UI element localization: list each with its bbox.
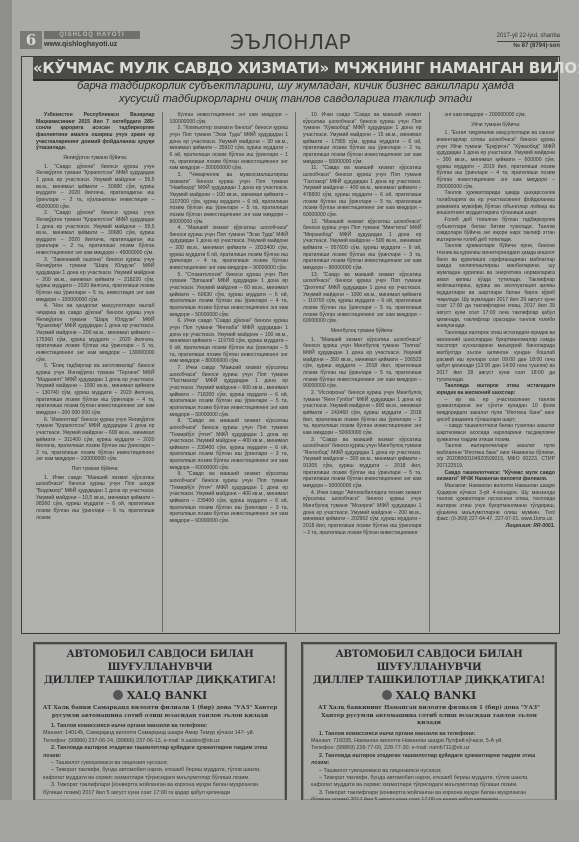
ad-title-line-1: АВТОМОБИЛ САВДОСИ БИЛАН ШУҒУЛЛАНУВЧИ (35, 648, 285, 674)
main-ad-columns: Ўзбекистон Республикаси Вазирлар Маҳкама… (33, 112, 558, 632)
column-divider (295, 112, 296, 632)
district-heading: Янгиқўрғон тумани бўйича: (36, 155, 155, 162)
ad-paragraph: – Тижорат таклифи, бунда автомобил нархи… (311, 775, 547, 790)
main-ad-banner: «КЎЧМАС МУЛК САВДО ХИЗМАТИ» МЧЖНИНГ НАМА… (33, 57, 558, 81)
listing-paragraph: 2. "Савдо дўкони" биноси қуриш учун Янги… (36, 210, 155, 257)
listing-paragraph: 10. Ички савдо "Савдо ва маиший хизмат к… (303, 112, 422, 165)
bank-name: XALQ BANKI (127, 689, 207, 702)
bank-brand: XALQ BANKI (35, 689, 285, 702)
text-column-3: 10. Ички савдо "Савдо ва маиший хизмат к… (300, 112, 425, 632)
listing-paragraph: 5. "Ёпиқ тадбирлар ва заготовкалар" бино… (36, 363, 155, 416)
ad-paragraph: Телефон: (99869) 228-77-00, 228-77-30. e… (311, 745, 547, 752)
listing-paragraph: 1. "Савдо дўкони" биноси қуриш учун Янги… (36, 164, 155, 211)
listing-paragraph: 11. "Савдо ва маиший хизмат кўрсатиш шох… (303, 165, 422, 218)
listing-paragraph: 7. Ички савдо "Маиший хизмат кўрсатиш шо… (170, 365, 289, 418)
bank-name: XALQ BANKI (396, 689, 476, 702)
ad-title-line-1: АВТОМОБИЛ САВДОСИ БИЛАН ШУҒУЛЛАНУВЧИ (303, 648, 555, 674)
license-number: Лицензия: RR-0001. (437, 523, 556, 530)
ad-paragraph: 3. Тижорат таклифлари (конвертга жойланг… (43, 782, 277, 797)
page-number: 6 (20, 31, 42, 49)
listing-paragraph: 13. "Савдо ва маиший хизмат кўрсатиш шох… (303, 272, 422, 325)
ad-section-heading: 2. Танловда иштирок этадиган ташкилотлар… (311, 753, 547, 768)
listing-paragraph: Ғолиб деб топилган бўлган тадбиркорлик с… (437, 217, 556, 244)
issue-date: 2017-yil 22-iyul, shanba (497, 32, 560, 41)
column-divider (429, 112, 430, 632)
ad-body: 1. Танлов комиссияси ишчи органи манзили… (35, 723, 285, 797)
ad-paragraph: Манзил: 716035, Наманган вилояти Наманга… (311, 738, 547, 745)
column-divider (162, 112, 163, 632)
newspaper-logo: QISHLOQ HAYOTI (44, 31, 140, 39)
listing-paragraph: Савдо ташкилотчиси: "Кўчмас мулк савдо х… (437, 470, 556, 483)
district-heading: Поп тумани бўйича: (36, 466, 155, 473)
listing-paragraph: энг кам миқдори – 200000000 сўм. (437, 112, 556, 119)
district-heading: Уйчи тумани бўйича: (437, 122, 556, 129)
listing-paragraph: 1. Ички савдо "Маиший хизмат кўрсатиш шо… (36, 475, 155, 522)
listing-paragraph: 1. "Маиший хизмат кўрсатиш шохобчаси" би… (303, 337, 422, 390)
listing-paragraph: Ўзбекистон Республикаси Вазирлар Маҳкама… (36, 112, 155, 152)
listing-paragraph: Танловда иштирок этиш истагидаги юридик … (437, 330, 556, 383)
listing-paragraph: – ер ва ер участкасининг танлов ҳужжатла… (437, 397, 556, 424)
text-column-1: Ўзбекистон Республикаси Вазирлар Маҳкама… (33, 112, 158, 632)
text-column-4: энг кам миқдори – 200000000 сўм.Уйчи тум… (434, 112, 559, 632)
ad-title-line-2: ДИЛЛЕР ТАШКИЛОТЛАР ДИҚҚАТИГА! (35, 674, 285, 687)
page-bottom-margin (0, 800, 579, 842)
xalq-bank-ad-samarkand: АВТОМОБИЛ САВДОСИ БИЛАН ШУҒУЛЛАНУВЧИ ДИЛ… (33, 642, 287, 802)
listing-paragraph: 3. "Савдо ва маиший хизмат кўрсатиш шохо… (303, 437, 422, 490)
ad-section-heading: 2. Танловда иштирок этадиган ташкилотлар… (43, 745, 277, 760)
listing-paragraph: – савдо ташкилотчиси билан тузилган зака… (437, 423, 556, 443)
district-heading: Мингбулоқ тумани бўйича: (303, 328, 422, 335)
section-title: ЭЪЛОНЛАР (230, 30, 351, 54)
site-url[interactable]: www.qishloghayoti.uz (44, 41, 117, 48)
ad-section-heading: 1. Танлов комиссияси ишчи органи манзили… (311, 731, 547, 738)
listing-paragraph: Танлов ҳужжатларида ҳамда шаҳарсозлик та… (437, 190, 556, 217)
listing-paragraph: 9. "Савдо ва маиший хизмат кўрсатиш шохо… (170, 471, 289, 524)
listing-paragraph: Танлов иштирокчилари закалат пули маблағ… (437, 443, 556, 470)
text-column-2: бўлган инвестициянинг энг кам миқдори – … (167, 112, 292, 632)
listing-paragraph: 2. "Компьютер хизмати биноси" биноси қур… (170, 125, 289, 172)
listing-paragraph: Танловда иштирок этиш истагидаги юридик … (437, 383, 556, 396)
ad-title: АВТОМОБИЛ САВДОСИ БИЛАН ШУҒУЛЛАНУВЧИ ДИЛ… (35, 648, 285, 687)
bank-logo-icon (382, 690, 392, 700)
listing-paragraph: бўлган инвестициянинг энг кам миқдори – … (170, 112, 289, 125)
listing-paragraph: 2. "Иссиқхона" биноси қуриш учун Мингбул… (303, 390, 422, 437)
listing-paragraph: 3. "Чеварчилик ва мужкосмалаштириш хизма… (170, 172, 289, 225)
listing-paragraph: 1. "Енгил тиқувчилик маҳсулотлари ва сан… (437, 130, 556, 190)
bank-logo-icon (113, 690, 123, 700)
ad-intro: АТ Халқ банки Самарқанд вилояти филиали … (35, 705, 285, 720)
ad-title-line-2: ДИЛЛЕР ТАШКИЛОТЛАР ДИҚҚАТИГА! (303, 674, 555, 687)
listing-paragraph: 4. "Маиший хизмат кўрсатиш шохобчаси" би… (170, 225, 289, 272)
listing-paragraph: Танлов ҳужжатлари бўйича ерни, бинони те… (437, 243, 556, 330)
listing-paragraph: 6. Ички савдо "Савдо дўкони" биноси қури… (170, 318, 289, 365)
xalq-bank-ad-namangan: АВТОМОБИЛ САВДОСИ БИЛАН ШУҒУЛЛАНУВЧИ ДИЛ… (301, 642, 557, 802)
issue-number: № 87 (8794)-son (497, 41, 560, 51)
bank-brand: XALQ BANKI (303, 689, 555, 702)
ad-paragraph: Манзил: 140145, Самарқанд вилояти Самарқ… (43, 730, 277, 737)
ad-paragraph: – Тижорат таклифи, бунда автомобил нархи… (43, 767, 277, 782)
ad-paragraph: – Ташкилот гувоҳномаси ва лицензияси нус… (311, 768, 547, 775)
listing-paragraph: 12. "Маиший хизмат кўрсатиш шохобчаси" б… (303, 219, 422, 272)
listing-paragraph: 8. "Савдо ва маиший хизмат кўрсатиш шохо… (170, 418, 289, 471)
main-ad-subtitle: барча тадбиркорлик субъектларини, шу жум… (33, 80, 558, 106)
listing-paragraph: 5. "Стоматология" биноси қуриш учун Поп … (170, 272, 289, 319)
subtitle-line-1: барча тадбиркорлик субъектларини, шу жум… (33, 80, 558, 93)
listing-paragraph: 6. "Инвентлар" биноси қуриш учун Янгиқўр… (36, 417, 155, 464)
ad-title: АВТОМОБИЛ САВДОСИ БИЛАН ШУҒУЛЛАНУВЧИ ДИЛ… (303, 648, 555, 687)
ad-body: 1. Танлов комиссияси ишчи органи манзили… (303, 731, 555, 805)
subtitle-line-2: хусусий тадбиркорларни очиқ танлов савдо… (33, 93, 558, 106)
masthead: 6 QISHLOQ HAYOTI www.qishloghayoti.uz ЭЪ… (20, 30, 560, 52)
listing-paragraph: 4. Ички савдо "Автомобилларга техник хиз… (303, 490, 422, 537)
issue-info: 2017-yil 22-iyul, shanba № 87 (8794)-son (497, 32, 560, 51)
listing-paragraph: 3. "Замонавий ошхона" биноси қуриш учун … (36, 257, 155, 304)
ad-intro: АТ Халқ банкининг Наманган вилояти филиа… (303, 705, 555, 728)
listing-paragraph: Манзили: Наманган вилояти Наманган шаҳри… (437, 483, 556, 523)
listing-paragraph: 4. "Нон ва қандолат маҳсулотлари ишлаб ч… (36, 303, 155, 363)
